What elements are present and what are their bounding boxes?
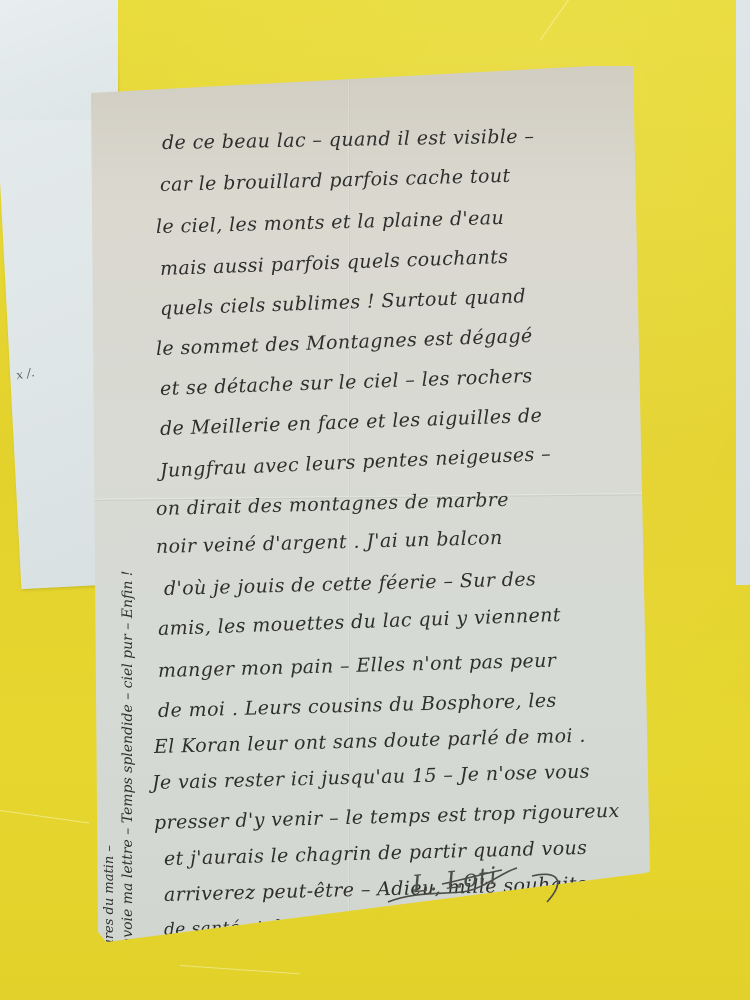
margin-note-line-2: – J'envoie ma lettre – Temps splendide –… bbox=[120, 571, 136, 976]
letter-line: presser d'y venir – le temps est trop ri… bbox=[154, 800, 620, 834]
background-sheet-right bbox=[736, 0, 750, 585]
letter-line: Je vais rester ici jusqu'au 15 – Je n'os… bbox=[152, 761, 590, 794]
letter-line: manger mon pain – Elles n'ont pas peur bbox=[158, 650, 557, 682]
letter-line: de moi . Leurs cousins du Bosphore, les bbox=[158, 690, 557, 722]
letter-line: le ciel, les monts et la plaine d'eau bbox=[156, 207, 505, 238]
surface-crease bbox=[180, 965, 300, 974]
letter-line: noir veiné d'argent . J'ai un balcon bbox=[156, 527, 503, 558]
letter-line: de ce beau lac – quand il est visible – bbox=[162, 126, 535, 154]
letter-line: mais aussi parfois quels couchants bbox=[160, 246, 509, 280]
letter-line: et se détache sur le ciel – les rochers bbox=[160, 365, 533, 400]
letter-line: de Meillerie en face et les aiguilles de bbox=[160, 405, 543, 440]
surface-crease bbox=[540, 0, 581, 41]
letter-line: d'où je jouis de cette féerie – Sur des bbox=[164, 568, 537, 600]
letter-line: le sommet des Montagnes est dégagé bbox=[156, 325, 533, 360]
letter-line: El Koran leur ont sans doute parlé de mo… bbox=[154, 725, 586, 758]
letter-line: quels ciels sublimes ! Surtout quand bbox=[160, 285, 527, 320]
letter-line: car le brouillard parfois cache tout bbox=[160, 165, 511, 196]
surface-crease bbox=[0, 810, 89, 824]
letter-line: on dirait des montagnes de marbre bbox=[156, 489, 509, 520]
handwritten-letter: de ce beau lac – quand il est visible – … bbox=[90, 66, 650, 942]
letter-line: Jungfrau avec leurs pentes neigeuses – bbox=[160, 443, 552, 482]
background-sheet-mark: x /. bbox=[15, 365, 36, 382]
letter-line: amis, les mouettes du lac qui y viennent bbox=[158, 604, 562, 640]
